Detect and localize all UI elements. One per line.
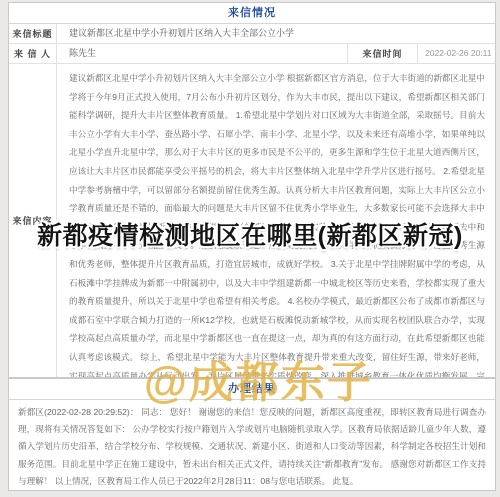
- letter-info-table: 来信情况 来信标题 建议新都区北星中学小升初划片区纳入大丰全部公立小学 来 信 …: [8, 2, 496, 378]
- letter-time-label: 来信时间: [347, 44, 418, 63]
- letter-info-header: 来信情况: [9, 3, 495, 24]
- result-reply-text: 新都区(2022-02-28 20:29:52)： 同志： 您好！ 谢谢您的来信…: [9, 400, 495, 490]
- page: 来信情况 来信标题 建议新都区北星中学小升初划片区纳入大丰全部公立小学 来 信 …: [0, 0, 500, 497]
- letter-title-value: 建议新都区北星中学小升初划片区纳入大丰全部公立小学: [57, 24, 495, 43]
- sender-row: 来 信 人 陈先生 来信时间 2022-02-26 20:11: [9, 44, 495, 64]
- watermark: @成都东子: [144, 346, 373, 410]
- sender-label: 来 信 人: [9, 44, 57, 63]
- letter-title-row: 来信标题 建议新都区北星中学小升初划片区纳入大丰全部公立小学: [9, 24, 495, 44]
- sender-value: 陈先生: [57, 44, 347, 63]
- letter-title-label: 来信标题: [9, 24, 57, 43]
- letter-time-value: 2022-02-26 20:11: [418, 44, 495, 63]
- overlay-headline: 新都疫情检测地区在哪里(新都区新冠): [28, 221, 472, 252]
